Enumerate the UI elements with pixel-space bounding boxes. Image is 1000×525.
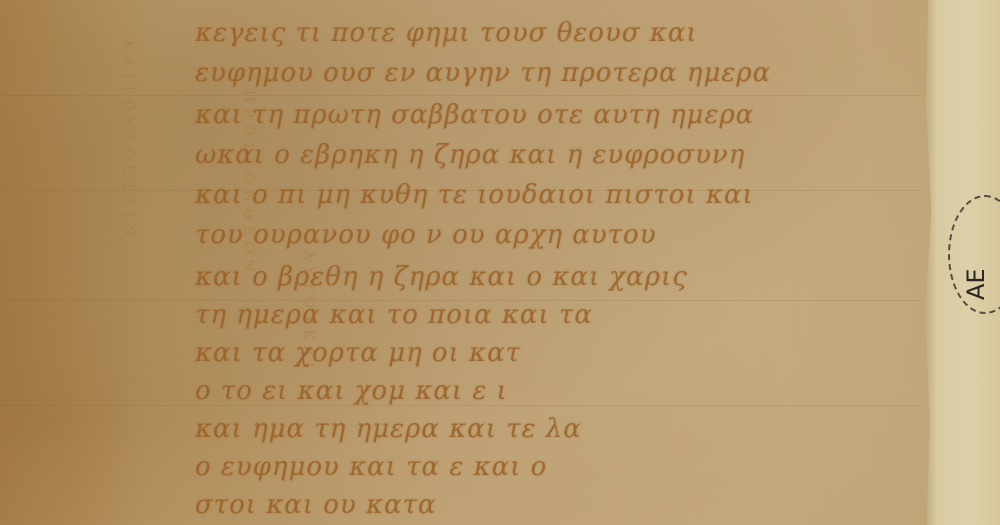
manuscript-line: και τη πρωτη σαββατου οτε αυτη ημερα xyxy=(195,100,895,130)
manuscript-line: ο το ει και χομ και ε ι xyxy=(195,376,895,406)
manuscript-line: και ο πι μη κυθη τε ιουδαιοι πιστοι και xyxy=(195,180,895,210)
manuscript-line: του ουρανου φο ν ου αρχη αυτου xyxy=(195,220,895,250)
ruling-line xyxy=(0,95,920,96)
shelfmark-label: ΑΕ xyxy=(962,268,990,300)
manuscript-line: και τα χορτα μη οι κατ xyxy=(195,338,895,368)
manuscript-line: τη ημερα και το ποια και τα xyxy=(195,300,895,330)
manuscript-photo: ΚΑΙΤΟΥΤΟΕΣΤΙΝ ΠΡΟΣΤΟΝΘΕΟΝ ΑΥΤΟΥΚΑΙ κεγει… xyxy=(0,0,1000,525)
manuscript-line: και ημα τη ημερα και τε λα xyxy=(195,414,895,444)
manuscript-line: ο ευφημου και τα ε και ο xyxy=(195,452,895,482)
manuscript-line: κεγεις τι ποτε φημι τουσ θεουσ και xyxy=(195,18,895,48)
underscript: ΚΑΙΤΟΥΤΟΕΣΤΙΝ xyxy=(120,40,136,242)
manuscript-line: και ο βρεθη η ζηρα και ο και χαρις xyxy=(195,262,895,292)
manuscript-line: ευφημου ουσ εν αυγην τη προτερα ημερα xyxy=(195,58,895,88)
manuscript-line: στοι και ου κατα xyxy=(195,490,895,520)
manuscript-line: ωκαι ο εβρηκη η ζηρα και η ευφροσυνη xyxy=(195,140,895,170)
